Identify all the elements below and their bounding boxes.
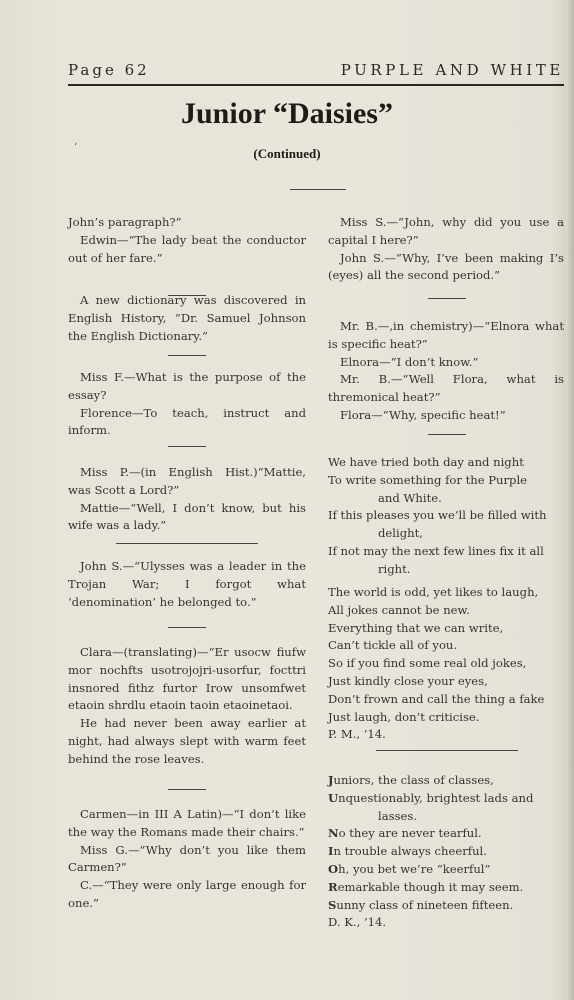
joke-scott: Miss P.—(in English Hist.)“Mattie, was S… (68, 464, 306, 535)
joke-carmen: Carmen—in III A Latin)—“I don’t like the… (68, 806, 306, 913)
paragraph: Mr. B.—“Well Flora, what is thremonical … (328, 371, 564, 407)
poem-line: lasses. (328, 808, 564, 826)
poem-line: Just laugh, don’t criticise. (328, 709, 564, 727)
paragraph: Edwin—“The lady beat the conductor out o… (68, 232, 306, 268)
article-subtitle: (Continued) (0, 146, 574, 162)
paragraph: A new dictionary was discovered in Engli… (68, 292, 306, 345)
poem-line: So if you find some real old jokes, (328, 655, 564, 673)
poem-line: delight, (328, 525, 564, 543)
separator (376, 750, 518, 751)
joke-essay: Miss F.—What is the purpose of the essay… (68, 369, 306, 440)
paragraph: Mattie—“Well, I don’t know, but his wife… (68, 500, 306, 536)
poem-juniors-acrostic: Juniors, the class of classes, Unquestio… (328, 772, 564, 932)
paragraph: Carmen—in III A Latin)—“I don’t like the… (68, 806, 306, 842)
poem-signature: D. K., ’14. (328, 914, 564, 932)
poem-line: right. (328, 561, 564, 579)
paragraph: Flora—“Why, specific heat!” (328, 407, 564, 425)
paragraph: Mr. B.—,in chemistry)—“Elnora what is sp… (328, 318, 564, 354)
joke-dictionary: A new dictionary was discovered in Engli… (68, 292, 306, 345)
separator (428, 298, 466, 299)
joke-clara: Clara—(translating)—“Er usocw fiufw mor … (68, 644, 306, 769)
poem-line: We have tried both day and night (328, 454, 564, 472)
joke-ulysses: John S.—“Ulysses was a leader in the Tro… (68, 558, 306, 611)
paragraph: Miss G.—“Why don’t you like them Carmen?… (68, 842, 306, 878)
poem-line: If this pleases you we’ll be filled with (328, 507, 564, 525)
paragraph: Florence—To teach, instruct and inform. (68, 405, 306, 441)
poem-line: No they are never tearful. (328, 825, 564, 843)
paragraph: Elnora—“I don’t know.” (328, 354, 564, 372)
separator (168, 446, 206, 447)
paragraph: C.—“They were only large enough for one.… (68, 877, 306, 913)
poem-line: Everything that we can write, (328, 620, 564, 638)
separator (168, 789, 206, 790)
page-number: Page 62 (68, 61, 150, 79)
paragraph: John S.—“Ulysses was a leader in the Tro… (68, 558, 306, 611)
poem-line: To write something for the Purple (328, 472, 564, 490)
publication-title: PURPLE AND WHITE (341, 61, 564, 79)
article-title: Junior “Daisies” (0, 97, 574, 131)
poem-line: Unquestionably, brightest lads and (328, 790, 564, 808)
joke-edwin: John’s paragraph?” Edwin—“The lady beat … (68, 214, 306, 267)
paragraph: John’s paragraph?” (68, 214, 306, 232)
separator (168, 355, 206, 356)
poem-purple-and-white: We have tried both day and night To writ… (328, 454, 564, 579)
joke-capital-i: Miss S.—“John, why did you use a capital… (328, 214, 564, 285)
right-column: Miss S.—“John, why did you use a capital… (328, 214, 564, 914)
poem-line: Remarkable though it may seem. (328, 879, 564, 897)
paragraph: He had never been away earlier at night,… (68, 715, 306, 768)
paragraph: John S.—“Why, I’ve been making I’s (eyes… (328, 250, 564, 286)
separator (168, 627, 206, 628)
poem-line: Oh, you bet we’re “keerful” (328, 861, 564, 879)
poem-line: Just kindly close your eyes, (328, 673, 564, 691)
poem-line: In trouble always cheerful. (328, 843, 564, 861)
title-separator (290, 189, 346, 190)
poem-line: Can’t tickle all of you. (328, 637, 564, 655)
paragraph: Clara—(translating)—“Er usocw fiufw mor … (68, 644, 306, 715)
separator (428, 434, 466, 435)
poem-line: All jokes cannot be new. (328, 602, 564, 620)
poem-line: If not may the next few lines fix it all (328, 543, 564, 561)
poem-line: The world is odd, yet likes to laugh, (328, 584, 564, 602)
page: Page 62 PURPLE AND WHITE Junior “Daisies… (0, 0, 574, 1000)
poem-old-jokes: The world is odd, yet likes to laugh, Al… (328, 584, 564, 744)
paragraph: Miss S.—“John, why did you use a capital… (328, 214, 564, 250)
poem-line: and White. (328, 490, 564, 508)
poem-line: Juniors, the class of classes, (328, 772, 564, 790)
left-column: John’s paragraph?” Edwin—“The lady beat … (68, 214, 306, 914)
poem-line: Don’t frown and call the thing a fake (328, 691, 564, 709)
paragraph: Miss P.—(in English Hist.)“Mattie, was S… (68, 464, 306, 500)
poem-line: Sunny class of nineteen fifteen. (328, 897, 564, 915)
separator (116, 543, 258, 544)
paragraph: Miss F.—What is the purpose of the essay… (68, 369, 306, 405)
joke-specific-heat: Mr. B.—,in chemistry)—“Elnora what is sp… (328, 318, 564, 425)
running-header: Page 62 PURPLE AND WHITE (68, 58, 564, 86)
poem-signature: P. M., ’14. (328, 726, 564, 744)
